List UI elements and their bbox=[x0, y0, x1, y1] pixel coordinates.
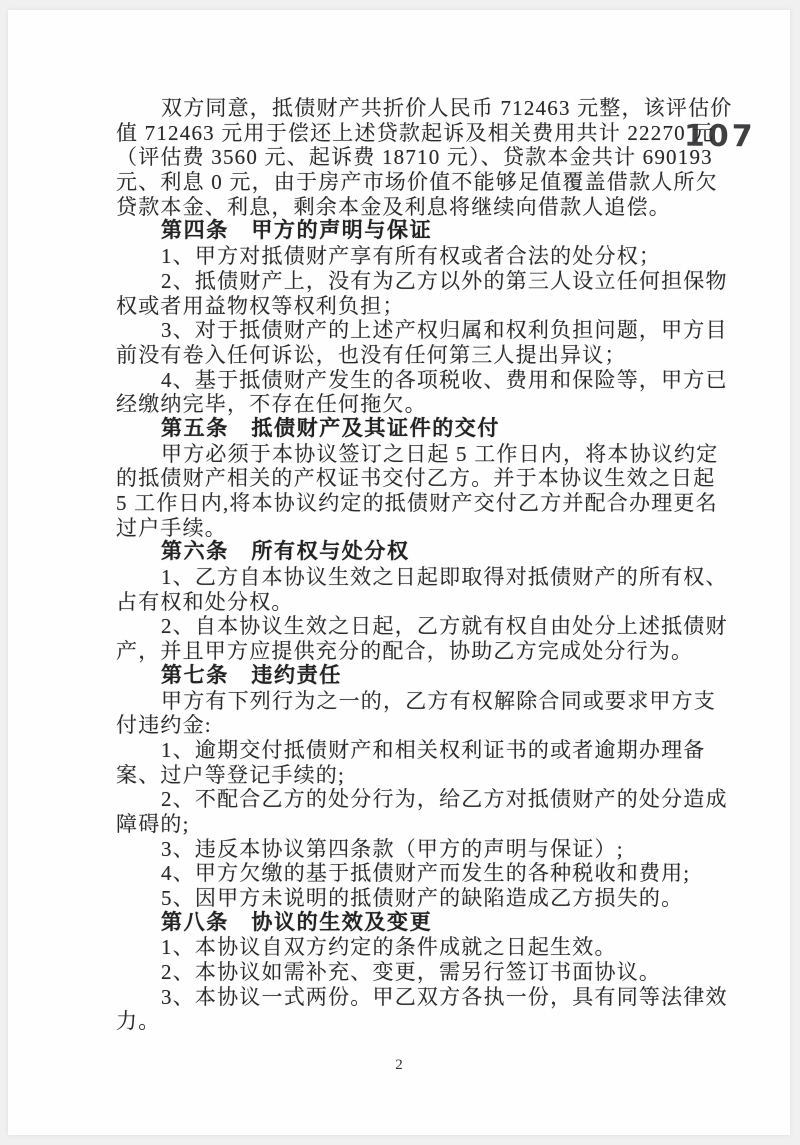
document-line: 第四条 甲方的声明与保证 bbox=[116, 219, 771, 244]
document-line: 甲方必须于本协议签订之日起 5 工作日内，将本协议约定 bbox=[116, 442, 771, 467]
document-line: 2、本协议如需补充、变更，需另行签订书面协议。 bbox=[116, 960, 771, 985]
scanned-document-page: 双方同意，抵债财产共折价人民币 712463 元整，该评估价值 712463 元… bbox=[8, 10, 790, 1135]
document-line: 的抵债财产相关的产权证书交付乙方。并于本协议生效之日起 bbox=[116, 466, 771, 491]
page-number: 2 bbox=[8, 1057, 790, 1074]
document-line: 障碍的; bbox=[116, 812, 771, 837]
document-line: （评估费 3560 元、起诉费 18710 元）、贷款本金共计 690193 bbox=[116, 145, 771, 170]
document-line: 占有权和处分权。 bbox=[116, 590, 771, 615]
document-line: 产，并且甲方应提供充分的配合，协助乙方完成处分行为。 bbox=[116, 639, 771, 664]
document-line: 第七条 违约责任 bbox=[116, 664, 771, 689]
document-line: 权或者用益物权等权利负担； bbox=[116, 294, 771, 319]
document-line: 3、违反本协议第四条款（甲方的声明与保证）; bbox=[116, 837, 771, 862]
document-line: 1、甲方对抵债财产享有所有权或者合法的处分权； bbox=[116, 244, 771, 269]
document-line: 4、基于抵债财产发生的各项税收、费用和保险等，甲方已 bbox=[116, 368, 771, 393]
document-line: 第五条 抵债财产及其证件的交付 bbox=[116, 417, 771, 442]
document-line: 2、不配合乙方的处分行为，给乙方对抵债财产的处分造成 bbox=[116, 787, 771, 812]
document-line: 3、对于抵债财产的上述产权归属和权利负担问题，甲方目 bbox=[116, 318, 771, 343]
document-line: 付违约金: bbox=[116, 713, 771, 738]
document-line: 3、本协议一式两份。甲乙双方各执一份，具有同等法律效 bbox=[116, 985, 771, 1010]
document-line: 5 工作日内,将本协议约定的抵债财产交付乙方并配合办理更名 bbox=[116, 491, 771, 516]
document-line: 前没有卷入任何诉讼，也没有任何第三人提出异议； bbox=[116, 343, 771, 368]
page-stamp-number: 107 bbox=[684, 119, 756, 155]
document-line: 力。 bbox=[116, 1009, 771, 1034]
document-line: 值 712463 元用于偿还上述贷款起诉及相关费用共计 22270 元 bbox=[116, 121, 771, 146]
document-line: 4、甲方欠缴的基于抵债财产而发生的各种税收和费用; bbox=[116, 861, 771, 886]
document-line: 元、利息 0 元，由于房产市场价值不能够足值覆盖借款人所欠 bbox=[116, 170, 771, 195]
document-line: 5、因甲方未说明的抵债财产的缺陷造成乙方损失的。 bbox=[116, 886, 771, 911]
document-line: 甲方有下列行为之一的，乙方有权解除合同或要求甲方支 bbox=[116, 689, 771, 714]
document-body: 双方同意，抵债财产共折价人民币 712463 元整，该评估价值 712463 元… bbox=[116, 96, 771, 1034]
document-line: 2、自本协议生效之日起，乙方就有权自由处分上述抵债财 bbox=[116, 614, 771, 639]
document-line: 1、乙方自本协议生效之日起即取得对抵债财产的所有权、 bbox=[116, 565, 771, 590]
document-line: 过户手续。 bbox=[116, 516, 771, 541]
document-line: 双方同意，抵债财产共折价人民币 712463 元整，该评估价 bbox=[116, 96, 771, 121]
document-line: 1、逾期交付抵债财产和相关权利证书的或者逾期办理备 bbox=[116, 738, 771, 763]
document-line: 1、本协议自双方约定的条件成就之日起生效。 bbox=[116, 935, 771, 960]
document-line: 2、抵债财产上，没有为乙方以外的第三人设立任何担保物 bbox=[116, 269, 771, 294]
document-line: 经缴纳完毕，不存在任何拖欠。 bbox=[116, 392, 771, 417]
document-line: 案、过户等登记手续的; bbox=[116, 763, 771, 788]
document-line: 第六条 所有权与处分权 bbox=[116, 540, 771, 565]
document-line: 第八条 协议的生效及变更 bbox=[116, 911, 771, 936]
document-line: 贷款本金、利息，剩余本金及利息将继续向借款人追偿。 bbox=[116, 195, 771, 220]
